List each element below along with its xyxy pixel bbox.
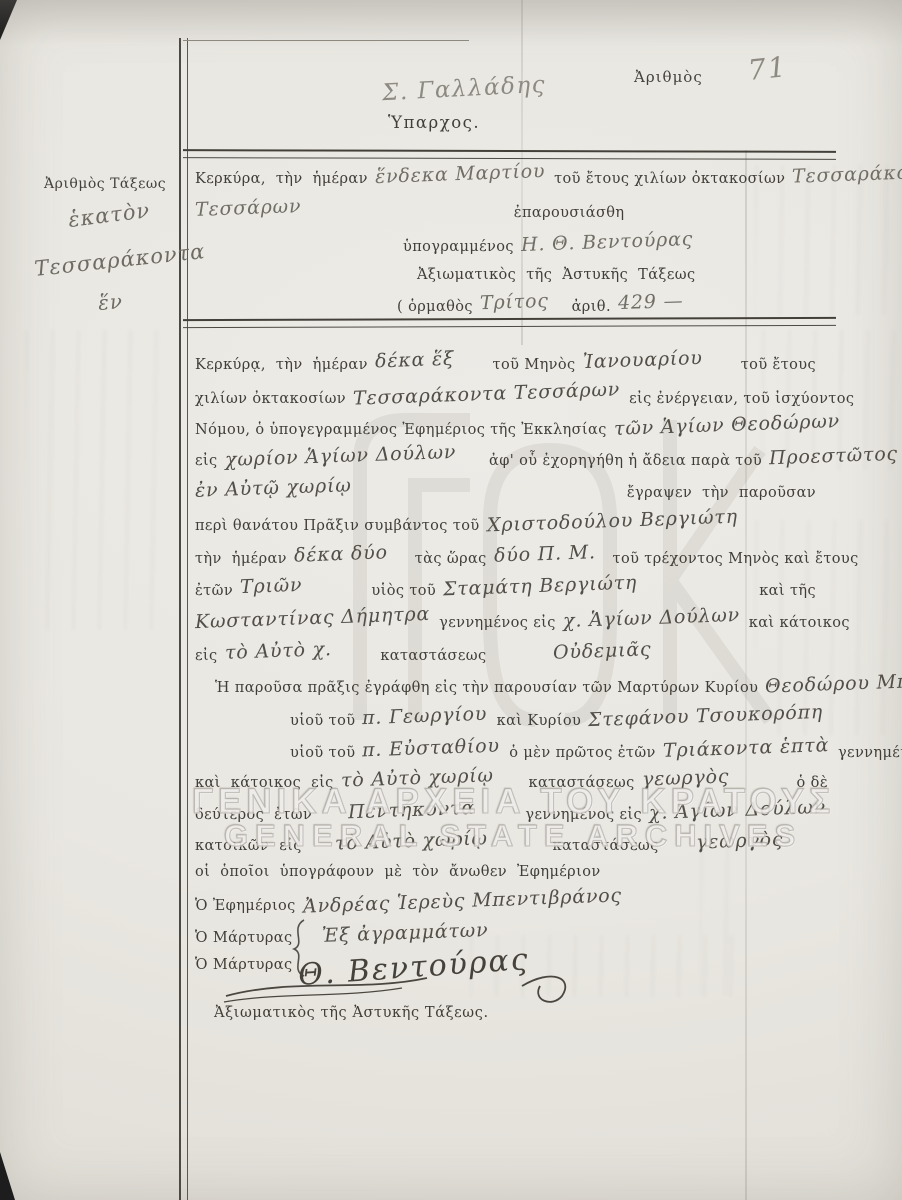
text-line-b12: υἱοῦ τοῦπ. Γεωργίουκαὶ ΚυρίουΣτεφάνου Τσ… [290,708,850,730]
handwritten-text: δύο Π. Μ. [493,541,596,567]
text-line-b18: Ὁ ἘφημέριοςἈνδρέας Ἱερεὺς Μπεντιβράνος [195,893,835,915]
archives-watermark-english: GENERAL STATE ARCHIVES [224,818,802,854]
scan-corner-mark-bottom-left [0,1152,15,1200]
text-line-s1l5: ( ὁρμαθὸςΤρίτοςἀριθ.429 — [397,294,847,316]
handwritten-text: ἕνδεκα Μαρτίου [374,160,545,188]
printed-text: χιλίων ὀκτακοσίων [195,391,346,407]
printed-text: τοῦ τρέχοντος Μηνὸς καὶ ἔτους [613,551,859,567]
ink-bleedthrough [25,330,175,630]
text-line-b9: Κωσταντίνας Δήμητραγεννημένος εἰςχ. Ἁγίω… [195,610,823,632]
printed-text: ὁ μὲν πρῶτος ἐτῶν [509,745,656,761]
printed-text: Ἡ παροῦσα πρᾶξις ἐγράφθη εἰς τὴν παρουσί… [215,680,758,696]
handwritten-text: ἐν Αὐτῷ χωρίῳ [195,474,352,501]
text-line-b4: εἰςχωρίον Ἁγίων Δούλωνἀφ' οὗ ἐχορηγήθη ἡ… [195,448,902,470]
handwritten-text: π. Εὐσταθίου [362,735,500,762]
handwritten-text: τὸ Αὐτὸ χ. [224,638,332,664]
handwritten-text: π. Γεωργίου [362,703,488,729]
printed-text: τὴν ἡμέραν [195,551,287,567]
handwritten-text: Τριῶν [240,574,303,598]
scanned-document-page: Ἀριθμὸς 71 Σ. Γαλλάδης Ὑπαρχος. Ἀριθμὸς … [0,0,902,1200]
printed-text: καὶ Κυρίου [497,713,582,729]
handwritten-text: Κωσταντίνας Δήμητρα [195,603,431,633]
printed-text: τοῦ ἔτους [741,357,816,373]
order-number-handwritten: ἑκατὸν [67,198,152,232]
eparch-title: Ὑπαρχος. [388,113,480,132]
printed-text: υἱοῦ τοῦ [290,713,355,729]
handwritten-text: χωρίον Ἁγίων Δούλων [224,441,456,471]
header-double-rule [183,149,836,160]
printed-text: τοῦ ἔτους χιλίων ὀκτακοσίων [554,171,785,187]
text-line-b3: Νόμου, ὁ ὑπογεγραμμένος Ἐφημέριος τῆς Ἐκ… [195,417,835,439]
printed-text: Κερκύρα, τὴν ἡμέραν [195,171,368,187]
handwritten-text: δέκα ἕξ [374,348,454,373]
printed-text: γεννημένος εἰς [439,615,556,631]
printed-text: Ὁ Ἐφημέριος [195,898,296,914]
section-double-rule [183,317,836,328]
handwritten-text: Τρίτος [480,290,549,314]
printed-text: περὶ θανάτου Πρᾶξιν συμβάντος τοῦ [195,518,480,534]
handwritten-text: Τριάκοντα ἑπτὰ [662,734,829,762]
printed-text: καταστάσεως [380,648,486,664]
printed-text: τὰς ὥρας [415,551,487,567]
printed-text: ἐτῶν [195,583,233,599]
handwritten-text: Τεσσαράκοντα Τεσσάρων [353,378,621,409]
text-line-b1: Κερκύρᾳ, τὴν ἡμέρανδέκα ἕξτοῦ ΜηνὸςἸανου… [195,352,823,374]
handwritten-text: Ἐξ ἀγραμμάτων [321,919,488,947]
handwritten-text: Τεσσαράκοντα [792,160,902,187]
text-line-b13: υἱοῦ τοῦπ. Εὐσταθίουὁ μὲν πρῶτος ἐτῶνΤρι… [290,740,902,762]
handwritten-text: 429 — [618,290,684,314]
printed-text: ἐπαρουσιάσθη [514,205,625,221]
printed-text: οἱ ὁποῖοι ὑπογράφουν μὲ τὸν ἄνωθεν Ἐφημέ… [195,864,601,880]
top-rule [183,40,469,41]
record-number-value: 71 [746,50,789,87]
text-line-b8: ἐτῶνΤριῶνυἱὸς τοῦΣταμάτη Βεργιώτηκαὶ τῆς [195,578,823,600]
text-line-b10: εἰςτὸ Αὐτὸ χ.καταστάσεωςΟὐδεμιᾶς [195,643,835,665]
text-line-b7: τὴν ἡμέρανδέκα δύοτὰς ὥραςδύο Π. Μ.τοῦ τ… [195,546,895,568]
order-number-label: Ἀριθμὸς Τάξεως [44,176,166,192]
printed-text: ὑπογραμμένος [403,239,514,255]
officer-title: Ἀξιωματικὸς τῆς Ἀστυκῆς Τάξεως. [214,1005,489,1021]
scan-corner-mark-top-left [0,0,17,40]
printed-text: εἰς [195,453,218,469]
printed-text: Νόμου, ὁ ὑπογεγραμμένος Ἐφημέριος τῆς Ἐκ… [195,422,607,438]
handwritten-text: Οὐδεμιᾶς [553,638,652,663]
archives-watermark-greek: ΓΕΝΙΚΑ ΑΡΧΕΙΑ ΤΟΥ ΚΡΑΤΟΥΣ [192,782,835,822]
printed-text: εἰς [195,648,218,664]
handwritten-text: Προεστῶτος [769,443,899,469]
printed-text: Κερκύρᾳ, τὴν ἡμέραν [195,357,368,373]
printed-text: καὶ κάτοικος [749,615,850,631]
text-line-s1l1: Κερκύρα, τὴν ἡμέρανἕνδεκα Μαρτίουτοῦ ἔτο… [195,166,902,188]
handwritten-text: δέκα δύο [294,541,389,566]
printed-text: εἰς ἐνέργειαν, τοῦ ἰσχύοντος [629,391,854,407]
printed-text: γεννημένος εἰς [838,745,902,761]
margin-rule-vertical [179,38,188,1200]
text-line-s1l4: Ἀξιωματικὸς τῆς Ἀστυκῆς Τάξεως [417,267,847,283]
printed-text: ( ὁρμαθὸς [397,299,473,315]
printed-text: υἱοῦ τοῦ [290,745,355,761]
text-line-b11: Ἡ παροῦσα πρᾶξις ἐγράφθη εἰς τὴν παρουσί… [215,675,902,697]
handwritten-text: Ἀνδρέας Ἱερεὺς Μπεντιβράνος [302,884,622,917]
text-line-b17: οἱ ὁποῖοι ὑπογράφουν μὲ τὸν ἄνωθεν Ἐφημέ… [195,864,835,880]
text-line-b2: χιλίων ὀκτακοσίωνΤεσσαράκοντα Τεσσάρωνεἰ… [195,386,807,408]
order-number-handwritten: ἕν [97,289,124,315]
printed-text: ἀριθ. [572,299,611,315]
text-line-s1l3: ὑπογραμμένοςΗ. Θ. Βεντούρας [403,234,843,256]
printed-text: ἔγραψεν τὴν παροῦσαν [627,485,816,501]
printed-text: τοῦ Μηνὸς [493,357,576,373]
printed-text: καὶ τῆς [759,583,816,599]
handwritten-text: Τεσσάρων [195,195,302,221]
text-line-s1l2: Τεσσάρωνἐπαρουσιάσθη [195,200,835,222]
printed-text: ἀφ' οὗ ἐχορηγήθη ἡ ἄδεια παρὰ τοῦ [489,453,762,469]
text-line-b5: ἐν Αὐτῷ χωρίῳἔγραψεν τὴν παροῦσαν [195,480,823,502]
text-line-b6: περὶ θανάτου Πρᾶξιν συμβάντος τοῦΧριστοδ… [195,513,835,535]
record-number-label: Ἀριθμὸς [634,68,703,86]
printed-text: Ὁ Μάρτυρας [195,930,293,946]
handwritten-text: Ἰανουαρίου [582,347,702,373]
handwritten-text: Η. Θ. Βεντούρας [521,228,694,256]
printed-text: υἱὸς τοῦ [371,583,436,599]
printed-text: Ἀξιωματικὸς τῆς Ἀστυκῆς Τάξεως [417,267,695,283]
handwritten-text: χ. Ἁγίων Δούλων [562,604,740,632]
